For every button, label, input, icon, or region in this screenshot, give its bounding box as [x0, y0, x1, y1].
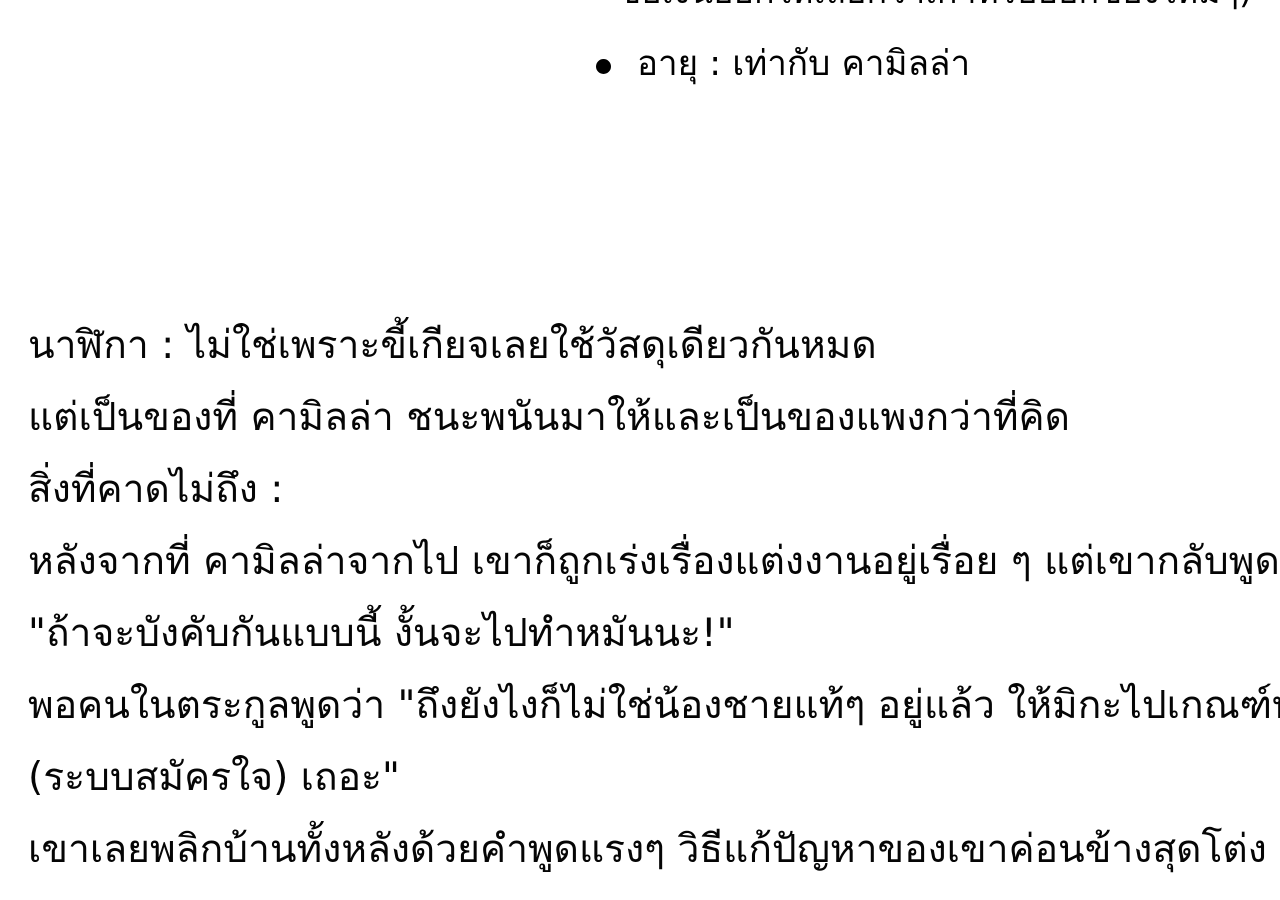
body-line: สิ่งที่คาดไม่ถึง : — [28, 454, 1268, 526]
body-line: เขาเลยพลิกบ้านทั้งหลังด้วยคำพูดแรงๆ วิธี… — [28, 814, 1268, 886]
body-line: พอคนในตระกูลพูดว่า "ถึงยังไงก็ไม่ใช่น้อง… — [28, 670, 1268, 742]
body-line: (ระบบสมัครใจ) เถอะ" — [28, 742, 1268, 814]
body-line: "ถ้าจะบังคับกันแบบนี้ งั้นจะไปทำหมันนะ!" — [28, 598, 1268, 670]
profile-bullet-item: อายุ : เท่ากับ คามิลล่า — [596, 36, 970, 92]
bullet-icon — [596, 59, 611, 74]
clipped-top-line-container: ขอเงินออกให้เลือกว่าเก่าหรือออกของใหม่ๆ) — [618, 0, 1280, 18]
body-line: แต่เป็นของที่ คามิลล่า ชนะพนันมาให้และเป… — [28, 382, 1268, 454]
clipped-top-line: ขอเงินออกให้เลือกว่าเก่าหรือออกของใหม่ๆ) — [618, 0, 1252, 16]
profile-bullet-text: อายุ : เท่ากับ คามิลล่า — [637, 36, 970, 92]
body-line: นาฬิกา : ไม่ใช่เพราะขี้เกียจเลยใช้วัสดุเ… — [28, 310, 1268, 382]
document-page: ขอเงินออกให้เลือกว่าเก่าหรือออกของใหม่ๆ)… — [0, 0, 1280, 900]
body-text-block: นาฬิกา : ไม่ใช่เพราะขี้เกียจเลยใช้วัสดุเ… — [28, 310, 1268, 886]
body-line: หลังจากที่ คามิลล่าจากไป เขาก็ถูกเร่งเรื… — [28, 526, 1268, 598]
